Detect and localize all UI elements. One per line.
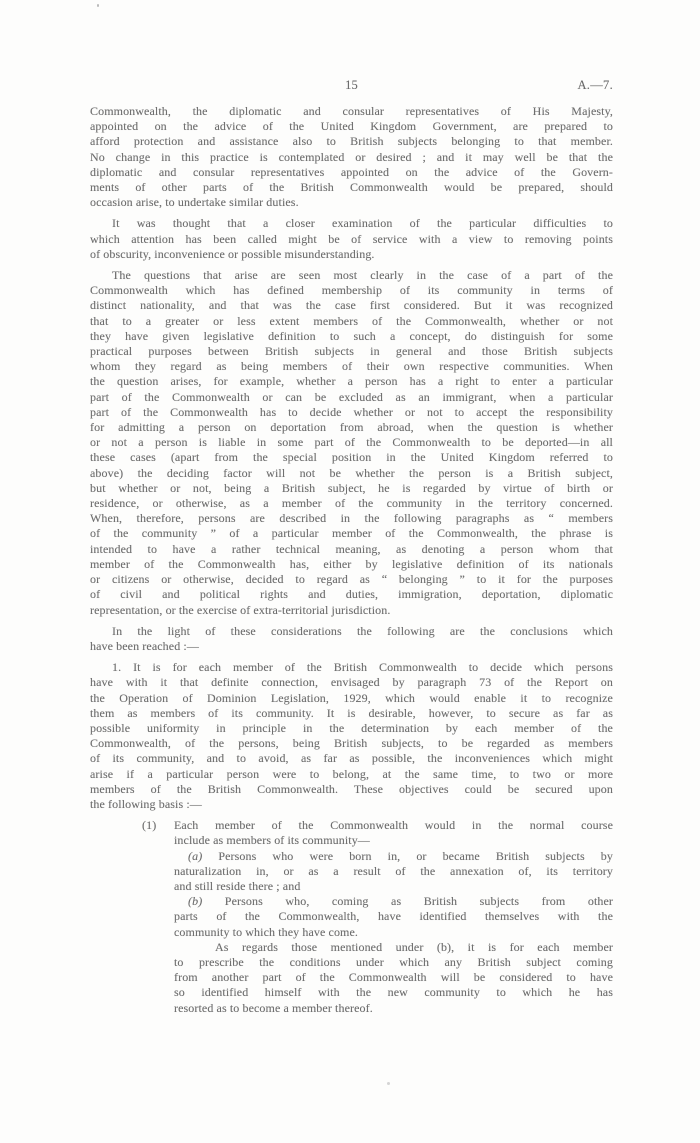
text-line: No change in this practice is contemplat… xyxy=(90,150,613,165)
text-line: part of the Commonwealth has to decide w… xyxy=(90,405,613,420)
text-line: above) the deciding factor will not be w… xyxy=(90,466,613,481)
text-line: and still reside there ; and xyxy=(174,879,613,894)
text-line: possible uniformity in principle in the … xyxy=(90,721,613,736)
text-line: they have given legislative definition t… xyxy=(90,329,613,344)
text-line: occasion arise, to undertake similar dut… xyxy=(90,195,613,210)
list-item-marker: (b) xyxy=(188,894,202,908)
scan-speck xyxy=(387,1082,390,1085)
text-line: which attention has been called might be… xyxy=(90,232,613,247)
text-line: In the light of these considerations the… xyxy=(90,624,613,639)
text-line: afford protection and assistance also to… xyxy=(90,134,613,149)
text-line: Each member of the Commonwealth would in… xyxy=(174,818,613,833)
text-line: Commonwealth, of the persons, being Brit… xyxy=(90,736,613,751)
text-line: distinct nationality, and that was the c… xyxy=(90,298,613,313)
numbered-list: (1) Each member of the Commonwealth woul… xyxy=(174,818,613,1016)
text-line: these cases (apart from the special posi… xyxy=(90,450,613,465)
paragraph-questions-that-arise: The questions that arise are seen most c… xyxy=(90,268,613,618)
body-text: Commonwealth, the diplomatic and consula… xyxy=(90,104,613,1016)
text-line: Commonwealth, the diplomatic and consula… xyxy=(90,104,613,119)
document-page: 15 A.—7. Commonwealth, the diplomatic an… xyxy=(0,0,700,1143)
text-line: to prescribe the conditions under which … xyxy=(174,955,613,970)
text-line: of civil and political rights and duties… xyxy=(90,587,613,602)
text-line: arise if a particular person were to bel… xyxy=(90,767,613,782)
text-line: of the community ” of a particular membe… xyxy=(90,526,613,541)
sub-item-b: (b) Persons who, coming as British subje… xyxy=(174,894,613,940)
text-line: residence, or otherwise, as a member of … xyxy=(90,496,613,511)
text-line: of obscurity, inconvenience or possible … xyxy=(90,247,613,262)
text-line: (b) Persons who, coming as British subje… xyxy=(174,894,613,909)
text-line: practical purposes between British subje… xyxy=(90,344,613,359)
text-line: but whether or not, being a British subj… xyxy=(90,481,613,496)
text-line: part of the Commonwealth or can be exclu… xyxy=(90,390,613,405)
paragraph-continuation: Commonwealth, the diplomatic and consula… xyxy=(90,104,613,210)
sub-paragraph-as-regards: As regards those mentioned under (b), it… xyxy=(174,940,613,1016)
page-number: 15 xyxy=(345,78,358,93)
document-reference: A.—7. xyxy=(577,78,613,93)
text-line: When, therefore, persons are described i… xyxy=(90,511,613,526)
text-line: ments of other parts of the British Comm… xyxy=(90,180,613,195)
text-line: appointed on the advice of the United Ki… xyxy=(90,119,613,134)
text-line: diplomatic and consular representatives … xyxy=(90,165,613,180)
paragraph-conclusion-1: 1. It is for each member of the British … xyxy=(90,660,613,812)
text-line: naturalization in, or as a result of the… xyxy=(174,864,613,879)
text-line: It was thought that a closer examination… xyxy=(90,216,613,231)
text-line: them as members of its community. It is … xyxy=(90,706,613,721)
text-line: the following basis :— xyxy=(90,797,613,812)
text-line: The questions that arise are seen most c… xyxy=(90,268,613,283)
text-line: Commonwealth which has defined membershi… xyxy=(90,283,613,298)
list-item-marker: (a) xyxy=(188,849,202,863)
text-line: from another part of the Commonwealth wi… xyxy=(174,970,613,985)
paragraph-closer-examination: It was thought that a closer examination… xyxy=(90,216,613,262)
text-line: or citizens or otherwise, decided to reg… xyxy=(90,572,613,587)
text-line: representation, or the exercise of extra… xyxy=(90,603,613,618)
scan-speck xyxy=(97,4,99,7)
text-line: member of the Commonwealth has, either b… xyxy=(90,557,613,572)
text-line: (a) Persons who were born in, or became … xyxy=(174,849,613,864)
text-line: parts of the Commonwealth, have identifi… xyxy=(174,909,613,924)
text-line: As regards those mentioned under (b), it… xyxy=(174,940,613,955)
page-header: 15 A.—7. xyxy=(90,78,613,91)
text-line: have with it that definite connection, e… xyxy=(90,675,613,690)
text-line: include as members of its community— xyxy=(174,833,613,848)
text-line: members of the British Commonwealth. The… xyxy=(90,782,613,797)
sub-item-a: (a) Persons who were born in, or became … xyxy=(174,849,613,895)
text-line: of its community, and to avoid, as far a… xyxy=(90,751,613,766)
text-line: intended to have a rather technical mean… xyxy=(90,542,613,557)
text-line: so identified himself with the new commu… xyxy=(174,985,613,1000)
text-line: whom they regard as being members of the… xyxy=(90,359,613,374)
text-line: the question arises, for example, whethe… xyxy=(90,374,613,389)
text-block: 15 A.—7. Commonwealth, the diplomatic an… xyxy=(90,78,613,1016)
text-line: for admitting a person on deportation fr… xyxy=(90,420,613,435)
text-line: resorted as to become a member thereof. xyxy=(174,1001,613,1016)
text-line: community to which they have come. xyxy=(174,925,613,940)
list-item-1-marker: (1) xyxy=(142,818,156,833)
paragraph-conclusions-intro: In the light of these considerations the… xyxy=(90,624,613,654)
list-item-1: (1) Each member of the Commonwealth woul… xyxy=(174,818,613,848)
text-line: or not a person is liable in some part o… xyxy=(90,435,613,450)
text-line: have been reached :— xyxy=(90,639,613,654)
text-line: 1. It is for each member of the British … xyxy=(90,660,613,675)
text-line: that to a greater or less extent members… xyxy=(90,314,613,329)
text-line: the Operation of Dominion Legislation, 1… xyxy=(90,691,613,706)
list-item-1-text: Each member of the Commonwealth would in… xyxy=(174,818,613,848)
